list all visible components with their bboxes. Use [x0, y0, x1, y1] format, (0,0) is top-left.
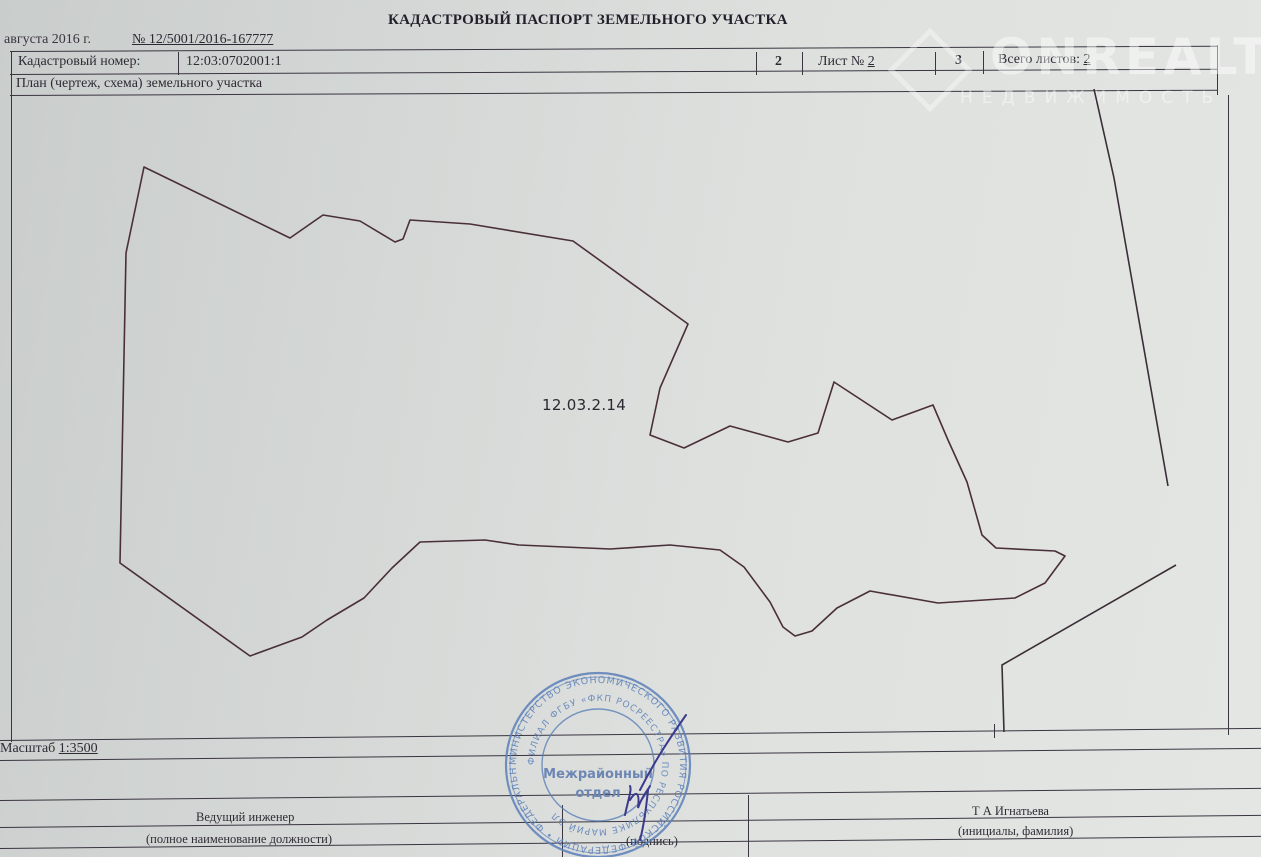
stamp-outer-text: МИНИСТЕРСТВО ЭКОНОМИЧЕСКОГО РАЗВИТИЯ РОС…	[0, 0, 688, 855]
svg-text:ФИЛИАЛ ФГБУ «ФКП РОСРЕЕСТРА» П: ФИЛИАЛ ФГБУ «ФКП РОСРЕЕСТРА» ПО РЕСПУБЛИ…	[527, 694, 669, 836]
stamp-inner-text: ФИЛИАЛ ФГБУ «ФКП РОСРЕЕСТРА» ПО РЕСПУБЛИ…	[527, 694, 669, 836]
stamp-center-line2: отдел	[575, 786, 620, 801]
stamp-center-line1: Межрайонный	[543, 767, 653, 782]
official-stamp: МИНИСТЕРСТВО ЭКОНОМИЧЕСКОГО РАЗВИТИЯ РОС…	[0, 0, 1261, 857]
svg-text:МИНИСТЕРСТВО ЭКОНОМИЧЕСКОГО РА: МИНИСТЕРСТВО ЭКОНОМИЧЕСКОГО РАЗВИТИЯ РОС…	[0, 0, 688, 855]
